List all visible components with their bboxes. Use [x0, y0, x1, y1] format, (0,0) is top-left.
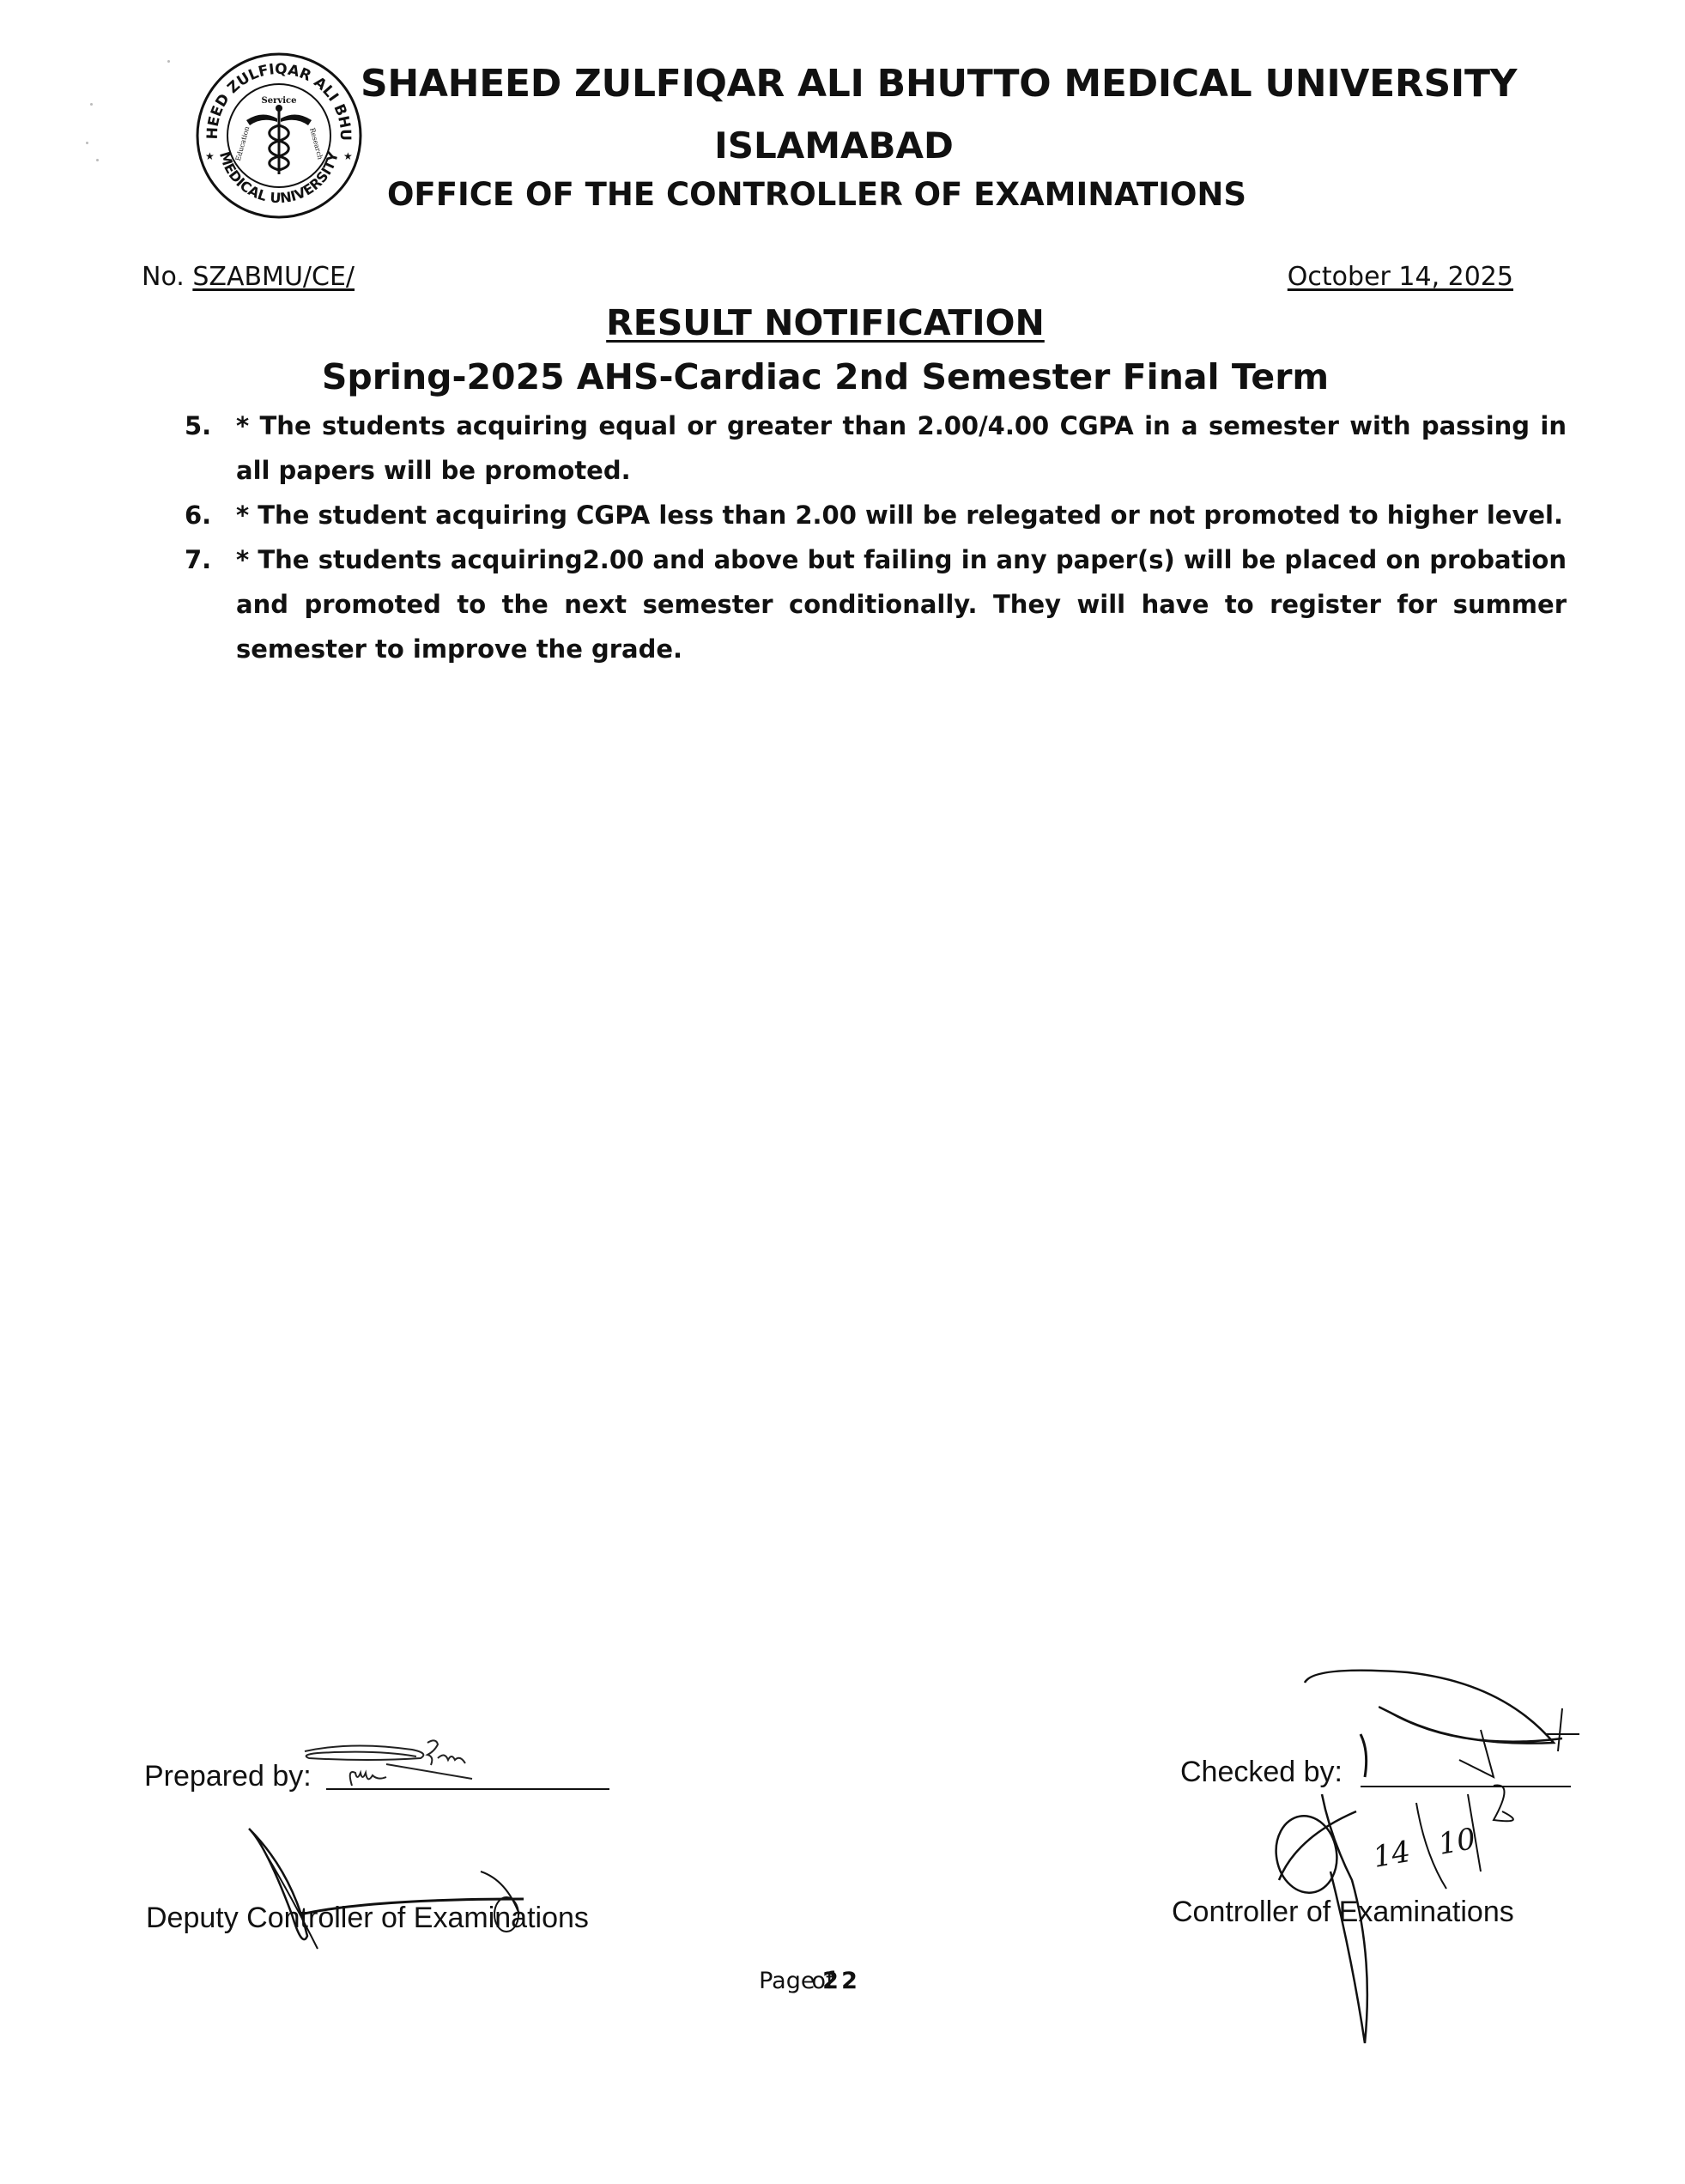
- page-number: Page 2 of 2: [0, 1968, 1685, 1994]
- svg-text:14: 14: [1371, 1835, 1414, 1875]
- note-number: 6.: [185, 493, 236, 537]
- checked-by-signature-icon: [1288, 1665, 1579, 1777]
- city-name: ISLAMABAD: [0, 124, 1685, 167]
- university-name: SHAHEED ZULFIQAR ALI BHUTTO MEDICAL UNIV…: [361, 62, 1517, 106]
- notification-date: October 14, 2025: [1288, 262, 1513, 292]
- office-name: OFFICE OF THE CONTROLLER OF EXAMINATIONS: [0, 176, 1685, 213]
- svg-text:Service: Service: [262, 96, 297, 106]
- deputy-controller-signature-icon: [240, 1820, 549, 1957]
- prepared-by-signature-icon: [283, 1734, 541, 1794]
- notes-list: 5. * The students acquiring equal or gre…: [185, 403, 1567, 671]
- note-text: * The students acquiring equal or greate…: [236, 403, 1567, 493]
- note-text: * The student acquiring CGPA less than 2…: [236, 493, 1567, 537]
- reference-number: No. SZABMU/CE/: [142, 262, 355, 292]
- svg-text:10: 10: [1436, 1822, 1479, 1862]
- note-text: * The students acquiring2.00 and above b…: [236, 537, 1567, 671]
- page-title: RESULT NOTIFICATION: [0, 302, 1685, 343]
- note-number: 7.: [185, 537, 236, 671]
- note-number: 5.: [185, 403, 236, 493]
- page-subtitle: Spring-2025 AHS-Cardiac 2nd Semester Fin…: [0, 356, 1685, 397]
- note-item: 5. * The students acquiring equal or gre…: [185, 403, 1567, 493]
- scan-speck: [167, 60, 170, 63]
- note-item: 7. * The students acquiring2.00 and abov…: [185, 537, 1567, 671]
- note-item: 6. * The student acquiring CGPA less tha…: [185, 493, 1567, 537]
- scan-speck: [90, 103, 93, 106]
- controller-title: Controller of Examinations: [1172, 1896, 1514, 1929]
